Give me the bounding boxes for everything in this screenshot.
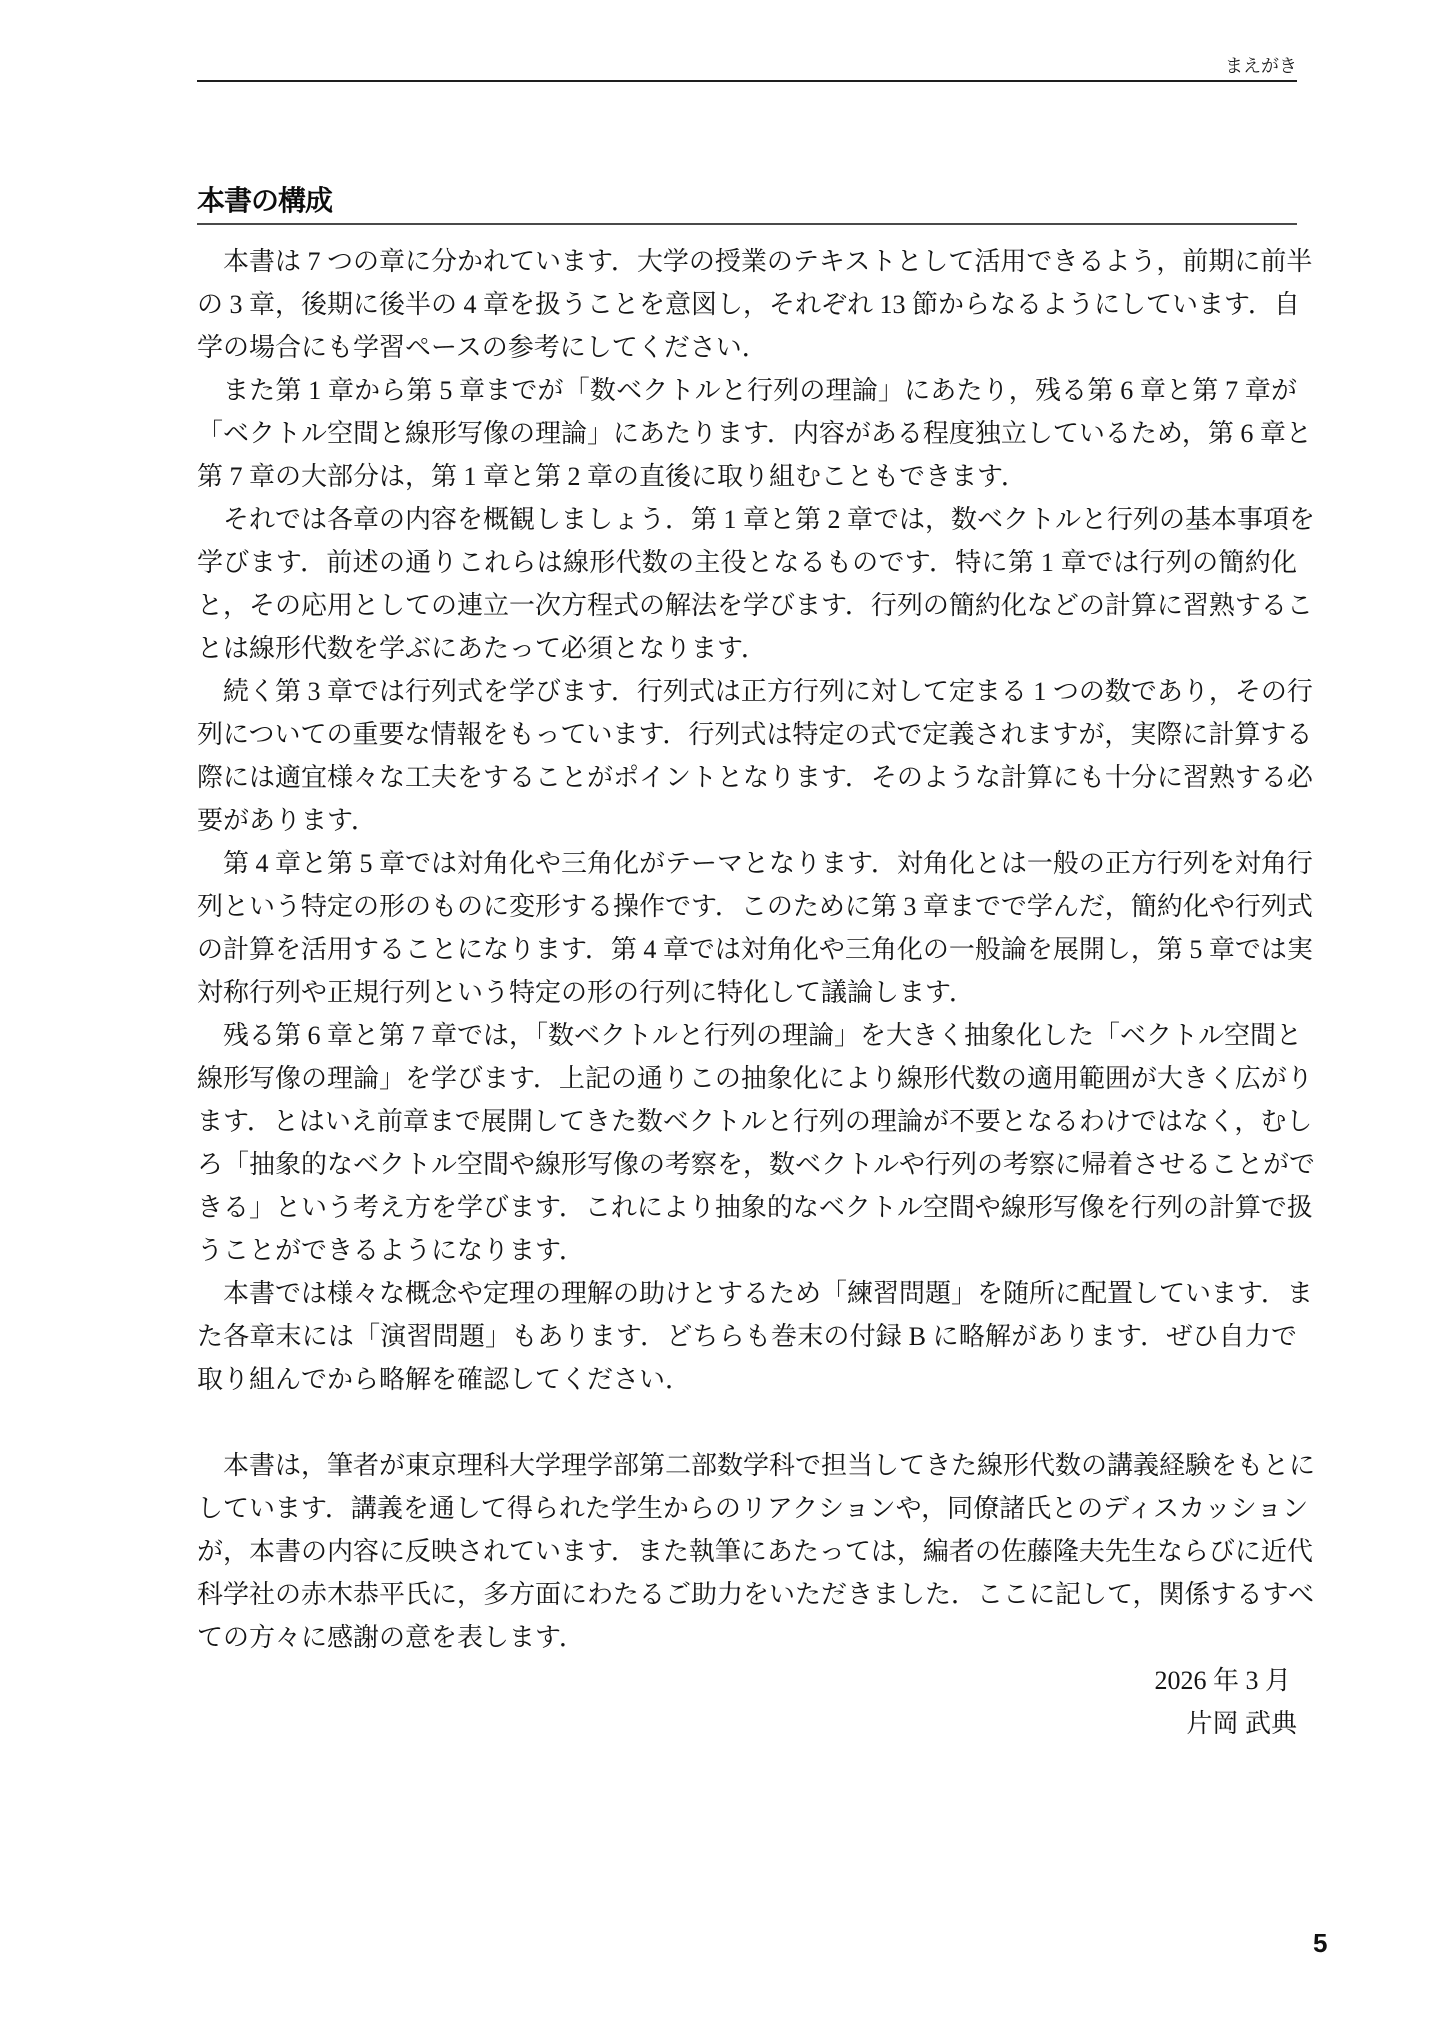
text-line: 際には適宜様々な工夫をすることがポイントとなります．そのような計算にも十分に習熟… — [197, 756, 1297, 799]
text-line: た各章末には「演習問題」もあります．どちらも巻末の付録 B に略解があります．ぜ… — [197, 1315, 1297, 1358]
text-line: それでは各章の内容を概観しましょう．第 1 章と第 2 章では，数ベクトルと行列… — [197, 498, 1297, 541]
header-rule — [197, 80, 1297, 82]
text-line: 本書は，筆者が東京理科大学理学部第二部数学科で担当してきた線形代数の講義経験をも… — [197, 1444, 1297, 1487]
text-line: 線形写像の理論」を学びます．上記の通りこの抽象化により線形代数の適用範囲が大きく… — [197, 1057, 1297, 1100]
text-line: 第 7 章の大部分は，第 1 章と第 2 章の直後に取り組むこともできます． — [197, 455, 1297, 498]
text-line: ます．とはいえ前章まで展開してきた数ベクトルと行列の理論が不要となるわけではなく… — [197, 1100, 1297, 1143]
text-line: 列という特定の形のものに変形する操作です．このために第 3 章までで学んだ，簡約… — [197, 885, 1297, 928]
text-line: 学の場合にも学習ペースの参考にしてください． — [197, 326, 1297, 369]
text-line: 要があります． — [197, 799, 1297, 842]
section-heading-rule — [197, 223, 1297, 225]
body-text: 本書は 7 つの章に分かれています．大学の授業のテキストとして活用できるよう，前… — [197, 240, 1297, 1745]
text-line: と，その応用としての連立一次方程式の解法を学びます．行列の簡約化などの計算に習熟… — [197, 584, 1297, 627]
text-line: きる」という考え方を学びます．これにより抽象的なベクトル空間や線形写像を行列の計… — [197, 1186, 1297, 1229]
text-line: 対称行列や正規行列という特定の形の行列に特化して議論します． — [197, 971, 1297, 1014]
section-heading: 本書の構成 — [197, 184, 332, 218]
text-line: 科学社の赤木恭平氏に，多方面にわたるご助力をいただきました．ここに記して，関係す… — [197, 1573, 1297, 1616]
paragraph-chapters-1-2: それでは各章の内容を概観しましょう．第 1 章と第 2 章では，数ベクトルと行列… — [197, 498, 1297, 670]
running-header-title: まえがき — [1225, 54, 1297, 78]
text-line: 取り組んでから略解を確認してください． — [197, 1358, 1297, 1401]
text-line: 残る第 6 章と第 7 章では，「数ベクトルと行列の理論」を大きく抽象化した「ベ… — [197, 1014, 1297, 1057]
paragraph-chapter-groups: また第 1 章から第 5 章までが「数ベクトルと行列の理論」にあたり，残る第 6… — [197, 369, 1297, 498]
text-line: うことができるようになります． — [197, 1229, 1297, 1272]
text-line: 続く第 3 章では行列式を学びます．行列式は正方行列に対して定まる 1 つの数で… — [197, 670, 1297, 713]
signature-date: 2026 年 3 月 — [197, 1659, 1297, 1702]
paragraph-exercises: 本書では様々な概念や定理の理解の助けとするため「練習問題」を随所に配置しています… — [197, 1272, 1297, 1401]
paragraph-acknowledgements: 本書は，筆者が東京理科大学理学部第二部数学科で担当してきた線形代数の講義経験をも… — [197, 1444, 1297, 1659]
text-line: の 3 章，後期に後半の 4 章を扱うことを意図し，それぞれ 13 節からなるよ… — [197, 283, 1297, 326]
text-line: ての方々に感謝の意を表します． — [197, 1616, 1297, 1659]
text-line: 列についての重要な情報をもっています．行列式は特定の式で定義されますが，実際に計… — [197, 713, 1297, 756]
text-line: 本書は 7 つの章に分かれています．大学の授業のテキストとして活用できるよう，前… — [197, 240, 1297, 283]
text-line: とは線形代数を学ぶにあたって必須となります． — [197, 627, 1297, 670]
text-line: ろ「抽象的なベクトル空間や線形写像の考察を，数ベクトルや行列の考察に帰着させるこ… — [197, 1143, 1297, 1186]
paragraph-structure-overview: 本書は 7 つの章に分かれています．大学の授業のテキストとして活用できるよう，前… — [197, 240, 1297, 369]
paragraph-chapters-4-5: 第 4 章と第 5 章では対角化や三角化がテーマとなります．対角化とは一般の正方… — [197, 842, 1297, 1014]
signature-block: 2026 年 3 月 片岡 武典 — [197, 1659, 1297, 1745]
text-line: しています．講義を通して得られた学生からのリアクションや，同僚諸氏とのディスカッ… — [197, 1487, 1297, 1530]
text-line: の計算を活用することになります．第 4 章では対角化や三角化の一般論を展開し，第… — [197, 928, 1297, 971]
text-line: が，本書の内容に反映されています．また執筆にあたっては，編者の佐藤隆夫先生ならび… — [197, 1530, 1297, 1573]
text-line: 「ベクトル空間と線形写像の理論」にあたります．内容がある程度独立しているため，第… — [197, 412, 1297, 455]
paragraph-chapters-6-7: 残る第 6 章と第 7 章では，「数ベクトルと行列の理論」を大きく抽象化した「ベ… — [197, 1014, 1297, 1272]
signature-author: 片岡 武典 — [197, 1702, 1297, 1745]
page-number: 5 — [1313, 1926, 1327, 1960]
text-line: また第 1 章から第 5 章までが「数ベクトルと行列の理論」にあたり，残る第 6… — [197, 369, 1297, 412]
paragraph-chapter-3: 続く第 3 章では行列式を学びます．行列式は正方行列に対して定まる 1 つの数で… — [197, 670, 1297, 842]
text-line: 第 4 章と第 5 章では対角化や三角化がテーマとなります．対角化とは一般の正方… — [197, 842, 1297, 885]
text-line: 本書では様々な概念や定理の理解の助けとするため「練習問題」を随所に配置しています… — [197, 1272, 1297, 1315]
text-line: 学びます．前述の通りこれらは線形代数の主役となるものです．特に第 1 章では行列… — [197, 541, 1297, 584]
